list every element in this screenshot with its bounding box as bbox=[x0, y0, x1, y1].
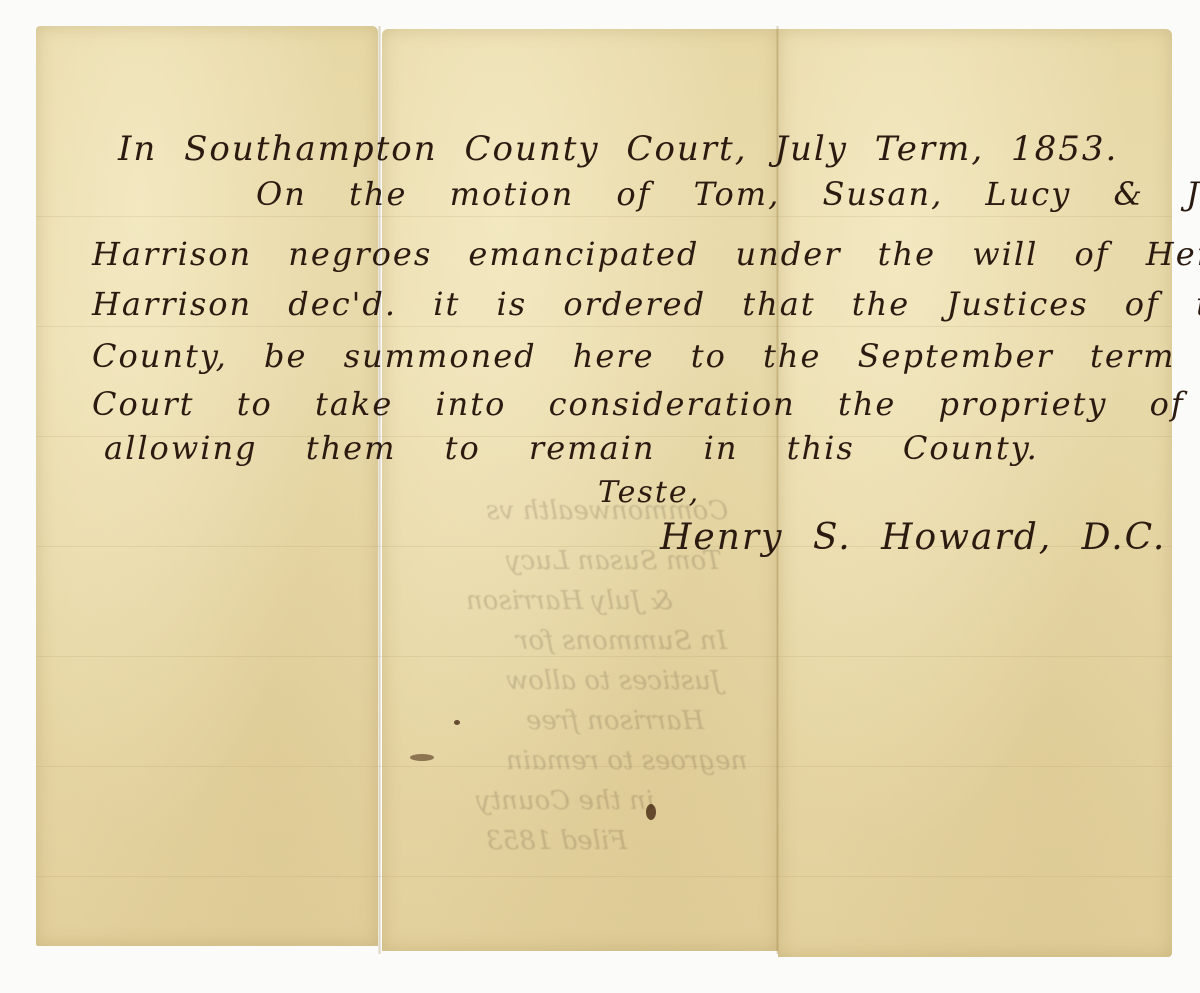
body-line-1: On the motion of Tom, Susan, Lucy & July bbox=[256, 178, 1200, 210]
ruled-line bbox=[36, 656, 1172, 657]
ruled-line bbox=[36, 876, 1172, 877]
signature: Henry S. Howard, D.C. bbox=[660, 520, 1166, 556]
ink-stain bbox=[454, 720, 460, 725]
bleed-through-text: Justices to allow bbox=[506, 666, 721, 696]
body-line-5: Court to take into consideration the pro… bbox=[92, 388, 1185, 420]
ink-stain bbox=[410, 754, 434, 761]
body-line-4: County, be summoned here to the Septembe… bbox=[92, 340, 1200, 372]
bleed-through-text: in the County bbox=[476, 786, 654, 816]
body-line-6: allowing them to remain in this County. bbox=[104, 432, 1039, 464]
bleed-through-text: & July Harrison bbox=[466, 586, 673, 616]
bleed-through-text: In Summons for bbox=[516, 626, 727, 656]
body-line-2: Harrison negroes emancipated under the w… bbox=[92, 238, 1200, 270]
bleed-through-text: negroes to remain bbox=[506, 746, 747, 776]
ruled-line bbox=[36, 216, 1172, 217]
ink-stain bbox=[646, 804, 656, 820]
attestation: Teste, bbox=[598, 478, 700, 508]
bleed-through-text: Harrison free bbox=[526, 706, 704, 736]
ruled-line bbox=[36, 326, 1172, 327]
document-heading: In Southampton County Court, July Term, … bbox=[118, 132, 1118, 166]
bleed-through-text: Filed 1853 bbox=[486, 826, 627, 856]
body-line-3: Harrison dec'd. it is ordered that the J… bbox=[92, 288, 1200, 320]
